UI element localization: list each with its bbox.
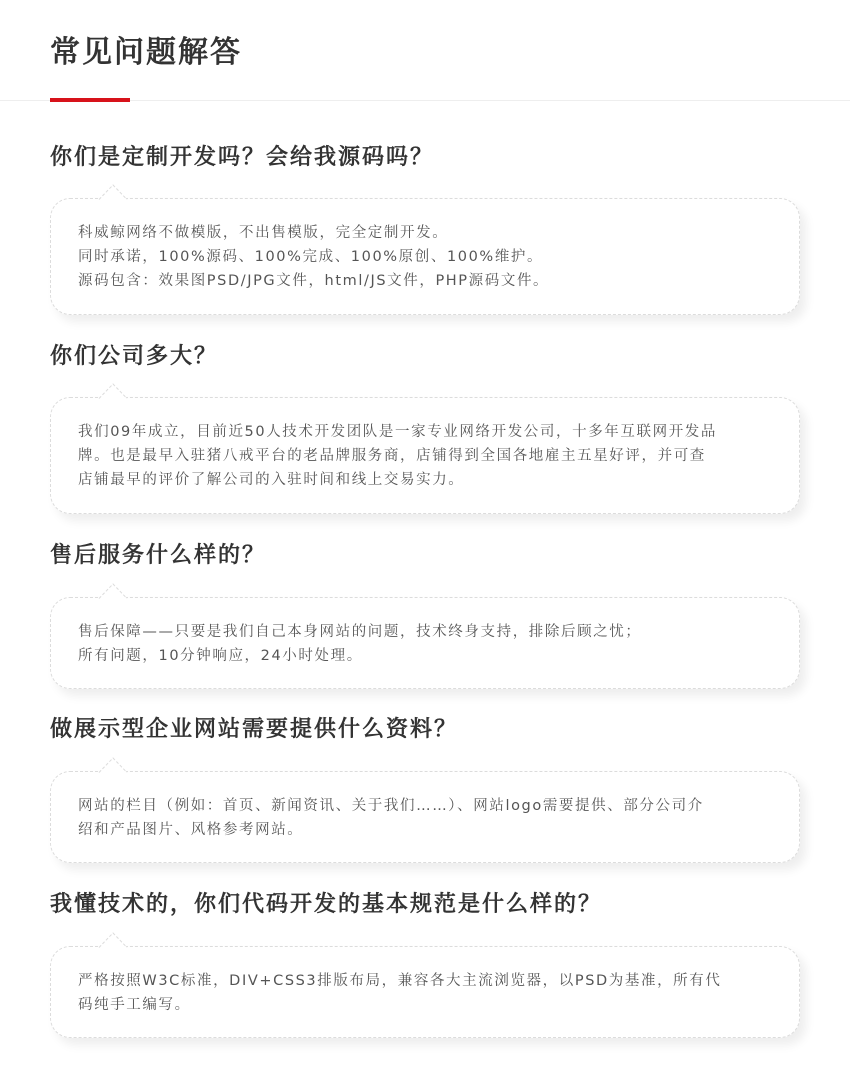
speech-bubble-notch [99,932,127,948]
faq-answer-line: 科威鲸网络不做模版，不出售模版，完全定制开发。 [78,221,773,245]
faq-answer-line: 网站的栏目（例如：首页、新闻资讯、关于我们……）、网站logo需要提供、部分公司… [78,794,773,818]
faq-item-required-materials: 做展示型企业网站需要提供什么资料？ 网站的栏目（例如：首页、新闻资讯、关于我们…… [50,715,800,745]
speech-bubble-notch [99,583,127,599]
faq-answer-line: 同时承诺，100%源码、100%完成、100%原创、100%维护。 [78,245,773,269]
faq-answer-line: 码纯手工编写。 [78,993,773,1017]
faq-answer-line: 源码包含：效果图PSD/JPG文件，html/JS文件，PHP源码文件。 [78,269,773,293]
title-accent-bar [50,98,130,102]
faq-answer-bubble: 售后保障——只要是我们自己本身网站的问题，技术终身支持，排除后顾之忧； 所有问题… [50,597,800,689]
faq-answer-line: 店铺最早的评价了解公司的入驻时间和线上交易实力。 [78,468,773,492]
faq-item-coding-standards: 我懂技术的，你们代码开发的基本规范是什么样的？ 严格按照W3C标准，DIV+CS… [50,890,800,920]
faq-question: 做展示型企业网站需要提供什么资料？ [50,715,800,745]
speech-bubble-notch [99,184,127,200]
faq-question: 售后服务什么样的？ [50,541,800,571]
speech-bubble-notch [99,383,127,399]
page-title: 常见问题解答 [50,33,242,73]
faq-question: 你们是定制开发吗？会给我源码吗？ [50,143,800,173]
faq-answer-bubble: 科威鲸网络不做模版，不出售模版，完全定制开发。 同时承诺，100%源码、100%… [50,198,800,315]
faq-item-after-sales: 售后服务什么样的？ 售后保障——只要是我们自己本身网站的问题，技术终身支持，排除… [50,541,800,571]
faq-item-company-size: 你们公司多大？ 我们09年成立，目前近50人技术开发团队是一家专业网络开发公司，… [50,342,800,372]
faq-answer-bubble: 网站的栏目（例如：首页、新闻资讯、关于我们……）、网站logo需要提供、部分公司… [50,771,800,863]
faq-question: 你们公司多大？ [50,342,800,372]
faq-item-custom-development: 你们是定制开发吗？会给我源码吗？ 科威鲸网络不做模版，不出售模版，完全定制开发。… [50,143,800,173]
faq-answer-line: 牌。也是最早入驻猪八戒平台的老品牌服务商，店铺得到全国各地雇主五星好评，并可查 [78,444,773,468]
faq-question: 我懂技术的，你们代码开发的基本规范是什么样的？ [50,890,800,920]
faq-answer-bubble: 我们09年成立，目前近50人技术开发团队是一家专业网络开发公司，十多年互联网开发… [50,397,800,514]
faq-answer-line: 绍和产品图片、风格参考网站。 [78,818,773,842]
faq-answer-bubble: 严格按照W3C标准，DIV+CSS3排版布局，兼容各大主流浏览器，以PSD为基准… [50,946,800,1038]
speech-bubble-notch [99,757,127,773]
faq-answer-line: 我们09年成立，目前近50人技术开发团队是一家专业网络开发公司，十多年互联网开发… [78,420,773,444]
faq-answer-line: 售后保障——只要是我们自己本身网站的问题，技术终身支持，排除后顾之忧； [78,620,773,644]
page-header: 常见问题解答 [0,0,850,101]
faq-answer-line: 所有问题，10分钟响应，24小时处理。 [78,644,773,668]
faq-answer-line: 严格按照W3C标准，DIV+CSS3排版布局，兼容各大主流浏览器，以PSD为基准… [78,969,773,993]
